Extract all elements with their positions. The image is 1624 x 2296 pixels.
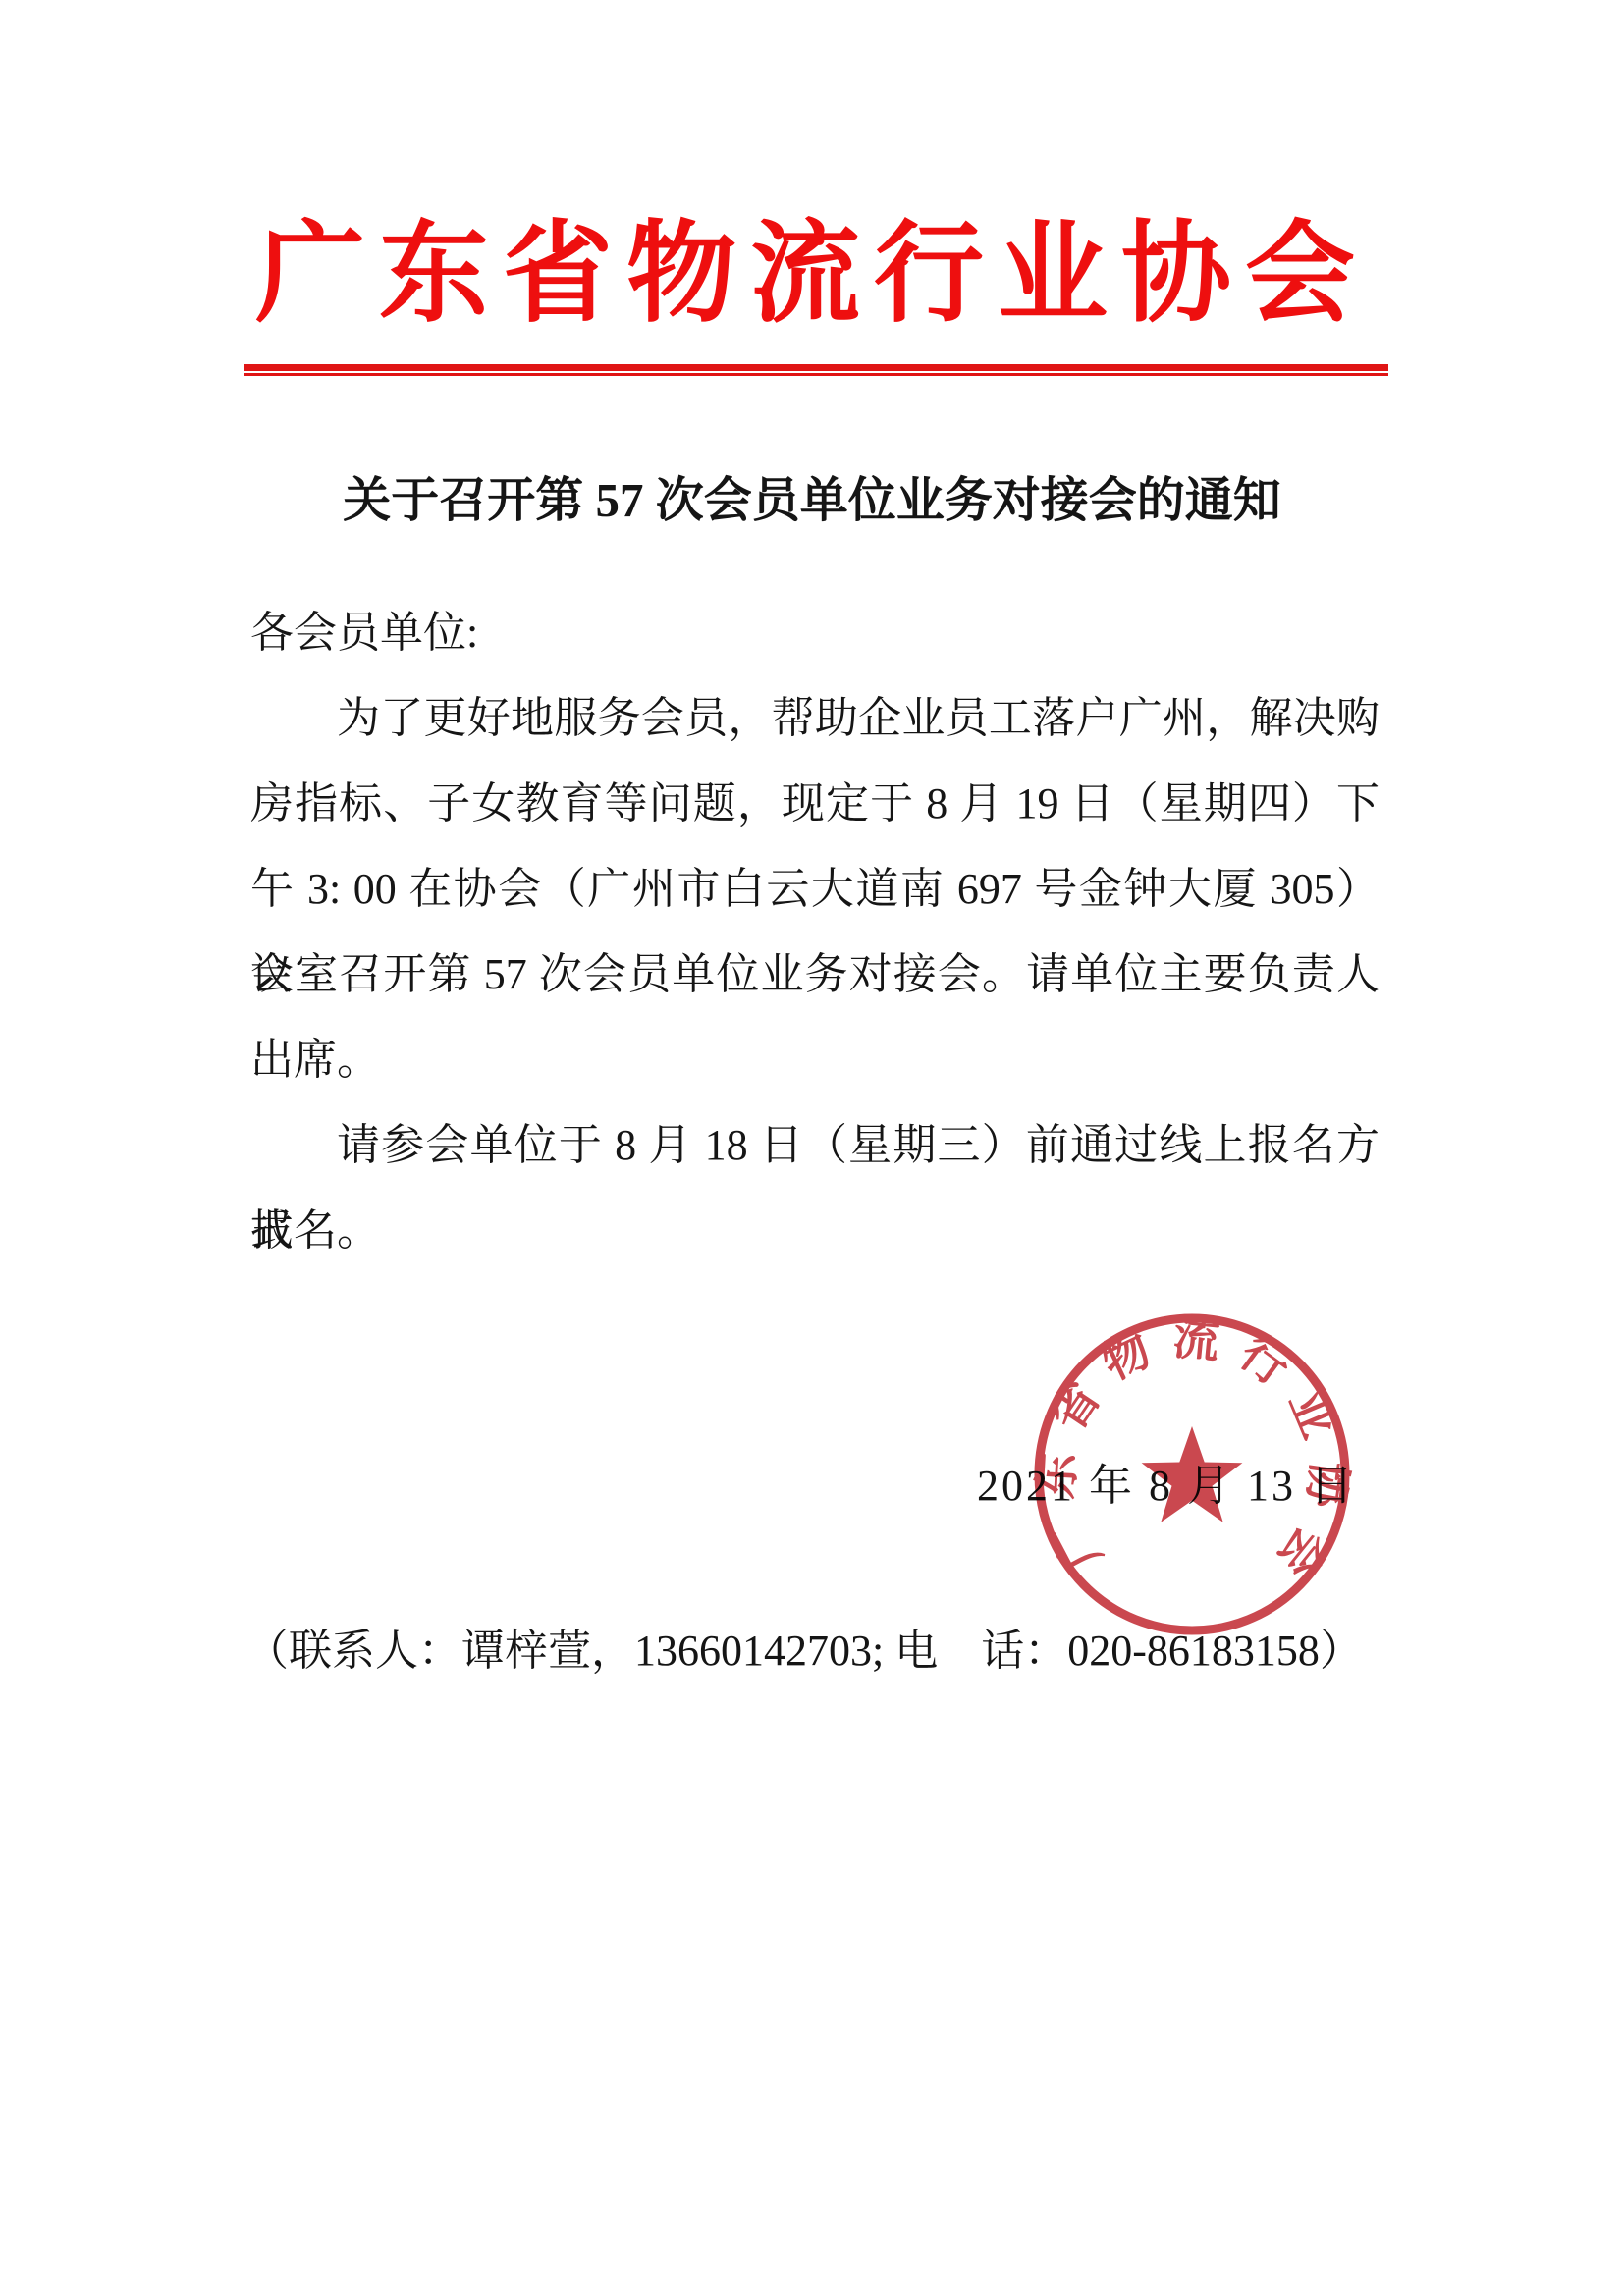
body-line: 为了更好地服务会员，帮助企业员工落户广州，解决购: [250, 675, 1380, 761]
body-line: 报名。: [250, 1188, 1380, 1273]
body-line: 出席。: [250, 1017, 1380, 1102]
notice-title: 关于召开第 57 次会员单位业务对接会的通知: [0, 471, 1624, 530]
body-line: 房指标、子女教育等问题，现定于 8 月 19 日（星期四）下: [250, 761, 1380, 846]
body-line: 议室召开第 57 次会员单位业务对接会。请单位主要负责人: [250, 932, 1380, 1017]
org-letterhead-title: 广东省物流行业协会: [0, 214, 1624, 336]
contact-line: （联系人：谭梓萱，13660142703; 电 话：020-86183158）: [245, 1608, 1394, 1693]
body-line: 午 3: 00 在协会（广州市白云大道南 697 号金钟大厦 305）会: [250, 846, 1380, 932]
body-line: 请参会单位于 8 月 18 日（星期三）前通过线上报名方式: [250, 1102, 1380, 1188]
issue-date: 2021 年 8 月 13 日: [250, 1443, 1356, 1528]
notice-body: 各会员单位: 为了更好地服务会员，帮助企业员工落户广州，解决购 房指标、子女教育…: [250, 590, 1380, 1273]
salutation-line: 各会员单位:: [250, 590, 1380, 675]
notice-document-page: 广东省物流行业协会 关于召开第 57 次会员单位业务对接会的通知 各会员单位: …: [0, 0, 1624, 2296]
letterhead-divider: [244, 364, 1388, 376]
